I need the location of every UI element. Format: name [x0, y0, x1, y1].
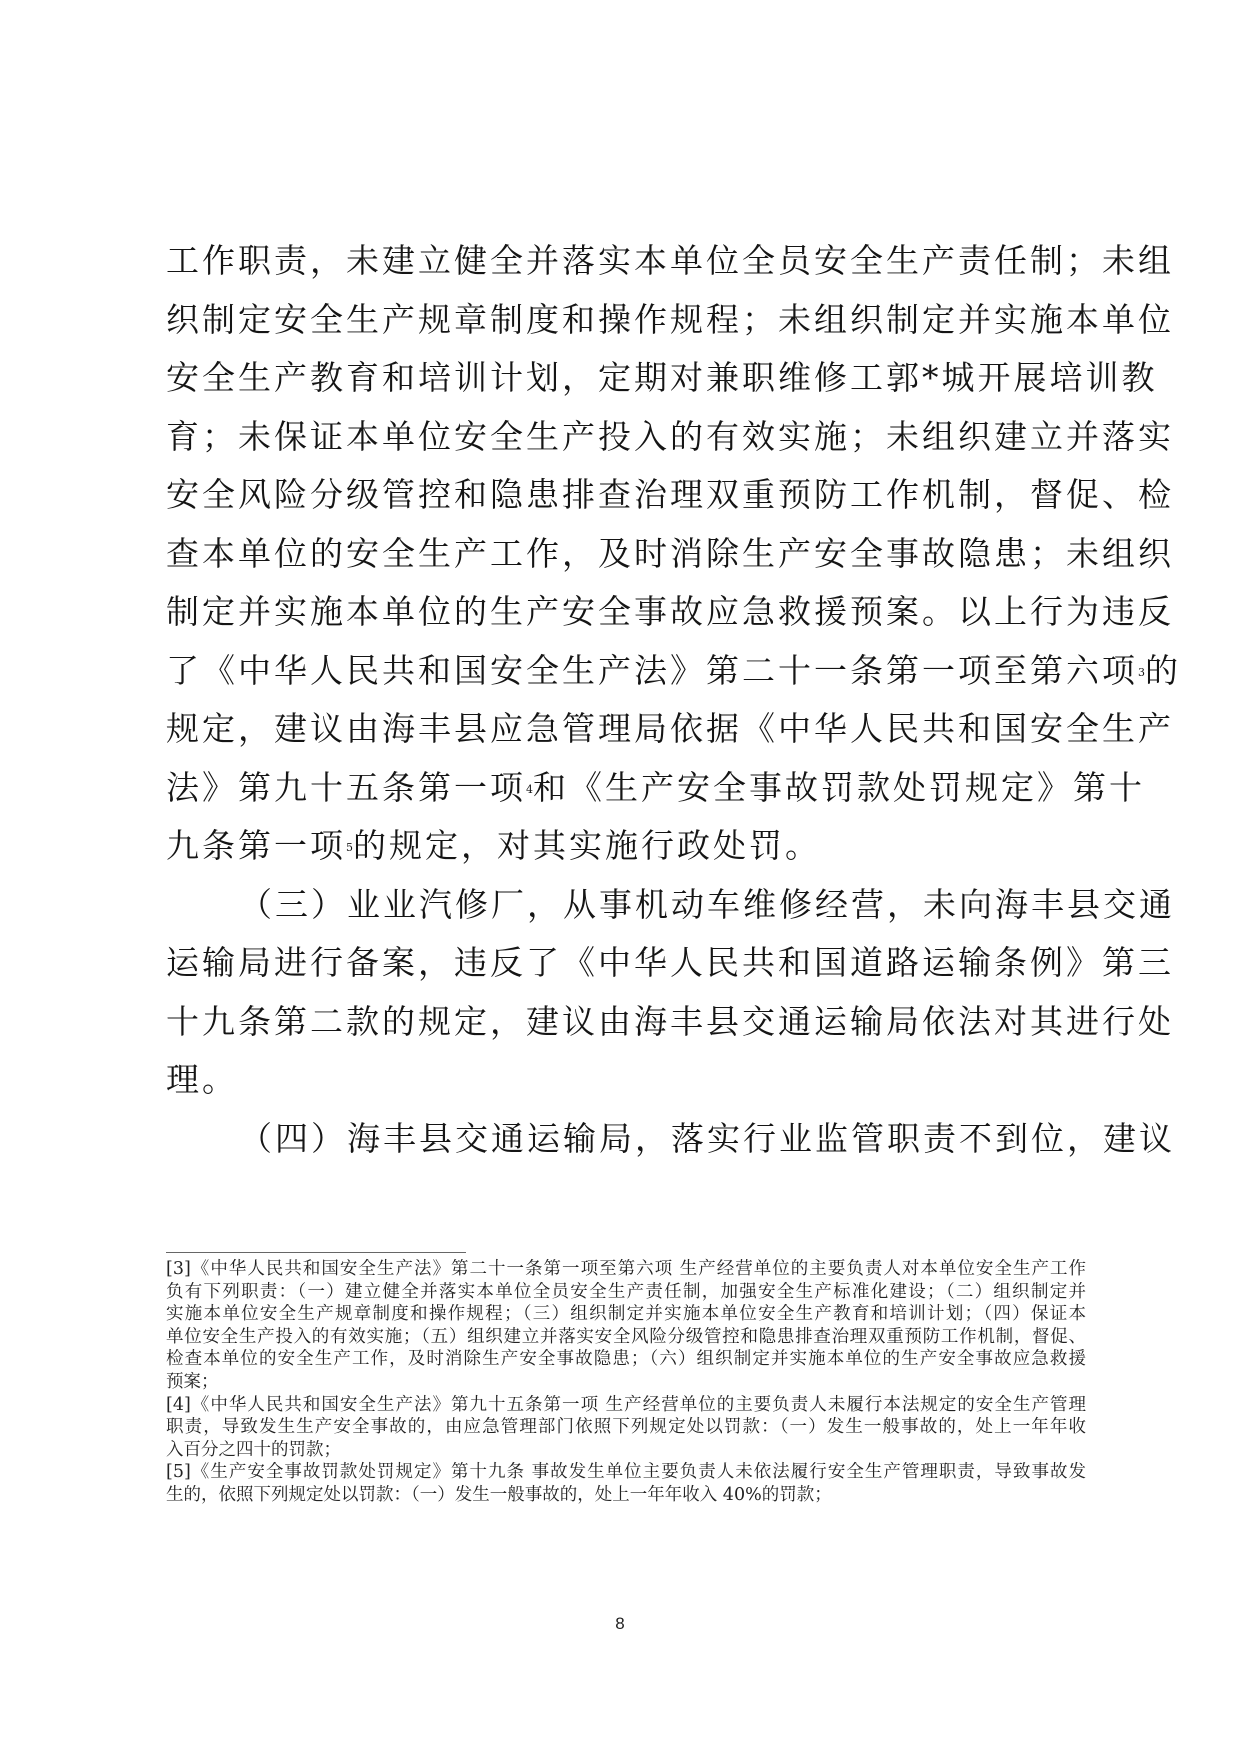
body-line: 了《中华人民共和国安全生产法》第二十一条第一项至第六项3的 — [166, 642, 1086, 701]
footnotes: [3]《中华人民共和国安全生产法》第二十一条第一项至第六项 生产经营单位的主要负… — [166, 1258, 1086, 1507]
page-number: 8 — [0, 1614, 1240, 1634]
footnote-line: [4]《中华人民共和国安全生产法》第九十五条第一项 生产经营单位的主要负责人未履… — [166, 1394, 1086, 1417]
footnote-line: 生的，依照下列规定处以罚款：（一）发生一般事故的，处上一年年收入 40%的罚款； — [166, 1484, 1086, 1507]
body-text-segment: 九条第一项 — [166, 826, 346, 865]
footnote-line: 负有下列职责：（一）建立健全并落实本单位全员安全生产责任制，加强安全生产标准化建… — [166, 1281, 1086, 1304]
footnote-line: [3]《中华人民共和国安全生产法》第二十一条第一项至第六项 生产经营单位的主要负… — [166, 1258, 1086, 1281]
body-line-paragraph-start: （三）业业汽修厂，从事机动车维修经营，未向海丰县交通 — [166, 876, 1086, 935]
footnote-ref-3[interactable]: 3 — [1138, 666, 1145, 679]
footnote-line: 单位安全生产投入的有效实施；（五）组织建立并落实安全风险分级管控和隐患排查治理双… — [166, 1326, 1086, 1349]
body-text-segment: 法》第九十五条第一项 — [166, 768, 526, 807]
body-text-segment: 和《生产安全事故罚款处罚规定》第十 — [533, 768, 1145, 807]
footnote-line: 职责，导致发生生产安全事故的，由应急管理部门依照下列规定处以罚款：（一）发生一般… — [166, 1416, 1086, 1439]
footnote-line: 检查本单位的安全生产工作，及时消除生产安全事故隐患；（六）组织制定并实施本单位的… — [166, 1348, 1086, 1371]
body-line: 十九条第二款的规定，建议由海丰县交通运输局依法对其进行处 — [166, 993, 1086, 1052]
body-line: 运输局进行备案，违反了《中华人民共和国道路运输条例》第三 — [166, 934, 1086, 993]
body-line: 织制定安全生产规章制度和操作规程；未组织制定并实施本单位 — [166, 291, 1086, 350]
body-line: 安全风险分级管控和隐患排查治理双重预防工作机制，督促、检 — [166, 466, 1086, 525]
footnote-line: 实施本单位安全生产规章制度和操作规程；（三）组织制定并实施本单位安全生产教育和培… — [166, 1303, 1086, 1326]
footnote-ref-5[interactable]: 5 — [346, 841, 353, 854]
footnote-separator — [166, 1252, 466, 1253]
body-line: 九条第一项5的规定，对其实施行政处罚。 — [166, 817, 1086, 876]
body-text-segment: 了《中华人民共和国安全生产法》第二十一条第一项至第六项 — [166, 651, 1138, 690]
footnote-line: [5]《生产安全事故罚款处罚规定》第十九条 事故发生单位主要负责人未依法履行安全… — [166, 1461, 1086, 1484]
document-page: 工作职责，未建立健全并落实本单位全员安全生产责任制；未组 织制定安全生产规章制度… — [0, 0, 1240, 1753]
body-line: 查本单位的安全生产工作，及时消除生产安全事故隐患；未组织 — [166, 525, 1086, 584]
body-text-segment: 的规定，对其实施行政处罚。 — [353, 826, 821, 865]
footnote-4: [4]《中华人民共和国安全生产法》第九十五条第一项 生产经营单位的主要负责人未履… — [166, 1394, 1086, 1462]
body-line: 制定并实施本单位的生产安全事故应急救援预案。以上行为违反 — [166, 583, 1086, 642]
footnote-ref-4[interactable]: 4 — [526, 783, 533, 796]
footnote-line: 预案； — [166, 1371, 1086, 1394]
body-line: 法》第九十五条第一项4和《生产安全事故罚款处罚规定》第十 — [166, 759, 1086, 818]
footnote-5: [5]《生产安全事故罚款处罚规定》第十九条 事故发生单位主要负责人未依法履行安全… — [166, 1461, 1086, 1506]
body-line: 理。 — [166, 1051, 1086, 1110]
footnote-3: [3]《中华人民共和国安全生产法》第二十一条第一项至第六项 生产经营单位的主要负… — [166, 1258, 1086, 1394]
body-text-segment: 的 — [1145, 651, 1181, 690]
body-line: 规定，建议由海丰县应急管理局依据《中华人民共和国安全生产 — [166, 700, 1086, 759]
body-line-paragraph-start: （四）海丰县交通运输局，落实行业监管职责不到位，建议 — [166, 1110, 1086, 1169]
body-line: 育；未保证本单位安全生产投入的有效实施；未组织建立并落实 — [166, 408, 1086, 467]
footnote-line: 入百分之四十的罚款； — [166, 1439, 1086, 1462]
body-line: 工作职责，未建立健全并落实本单位全员安全生产责任制；未组 — [166, 232, 1086, 291]
body-line: 安全生产教育和培训计划，定期对兼职维修工郭*城开展培训教 — [166, 349, 1086, 408]
body-text: 工作职责，未建立健全并落实本单位全员安全生产责任制；未组 织制定安全生产规章制度… — [166, 232, 1086, 1168]
